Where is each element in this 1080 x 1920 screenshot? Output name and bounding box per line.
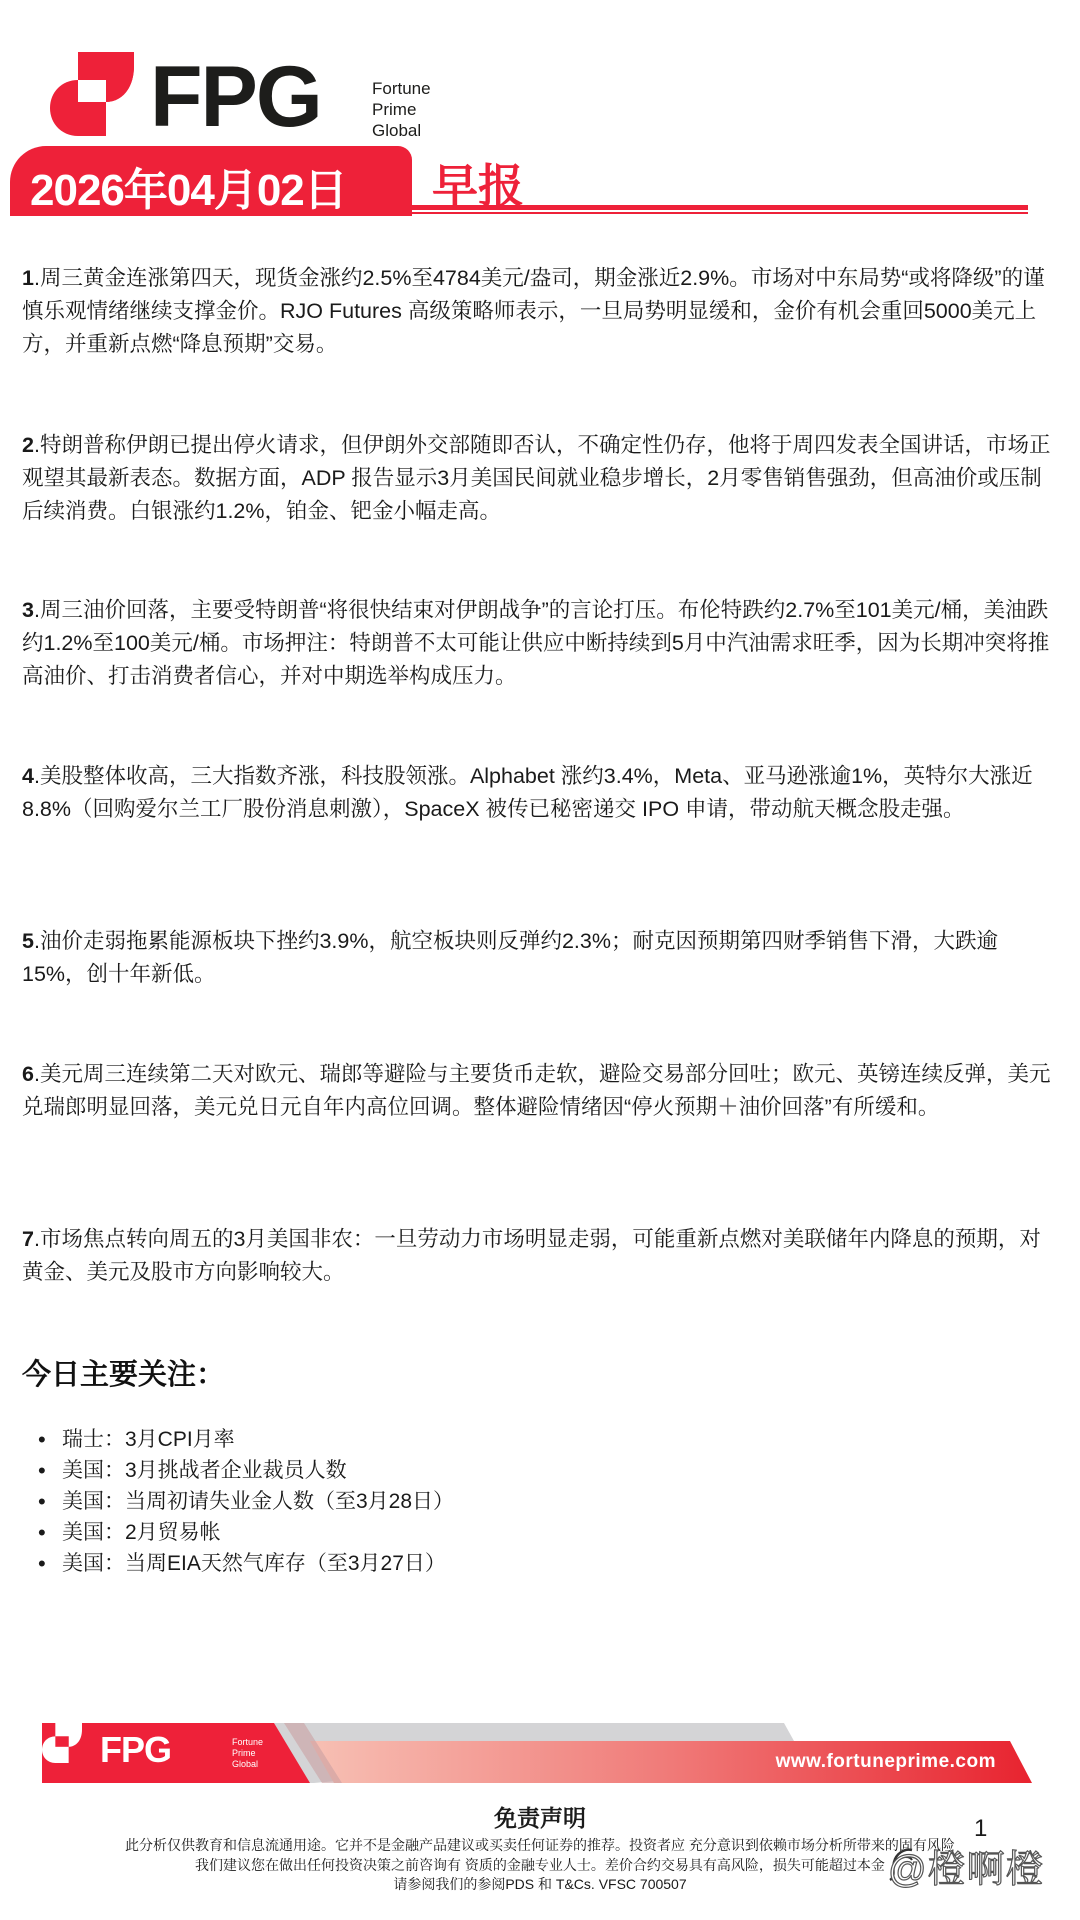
brand-logo: FPG Fortune Prime Global	[50, 52, 450, 136]
item-text: .市场焦点转向周五的3月美国非农：一旦劳动力市场明显走弱，可能重新点燃对美联储年…	[22, 1227, 1041, 1284]
watermark: @橙啊橙	[888, 1838, 1045, 1893]
news-item: 5.油价走弱拖累能源板块下挫约3.9%，航空板块则反弹约2.3%；耐克因预期第四…	[22, 925, 1058, 991]
banner-brand-name: FPG	[100, 1729, 171, 1771]
brand-subtitle-line: Fortune	[372, 78, 431, 99]
fpg-logo-mark-icon	[50, 52, 134, 136]
footer-banner: FPG Fortune Prime Global www.fortuneprim…	[42, 1723, 1032, 1783]
disclaimer-title: 免责声明	[0, 1800, 1080, 1833]
news-item: 7.市场焦点转向周五的3月美国非农：一旦劳动力市场明显走弱，可能重新点燃对美联储…	[22, 1223, 1058, 1289]
item-number: 3	[22, 598, 34, 622]
brand-subtitle-line: Global	[232, 1759, 263, 1770]
focus-item: 美国：当周初请失业金人数（至3月28日）	[34, 1486, 454, 1517]
date-banner: 2026年04月02日	[10, 146, 412, 216]
news-item: 2.特朗普称伊朗已提出停火请求，但伊朗外交部随即否认，不确定性仍存，他将于周四发…	[22, 429, 1058, 528]
focus-item: 美国：当周EIA天然气库存（至3月27日）	[34, 1548, 454, 1579]
brand-subtitle-line: Fortune	[232, 1737, 263, 1748]
focus-heading: 今日主要关注：	[22, 1352, 225, 1393]
item-text: .周三油价回落，主要受特朗普“将很快结束对伊朗战争”的言论打压。布伦特跌约2.7…	[22, 598, 1049, 688]
banner-brand-subtitle: Fortune Prime Global	[232, 1737, 263, 1770]
item-number: 6	[22, 1062, 34, 1086]
report-date: 2026年04月02日	[30, 154, 347, 218]
item-text: .美股整体收高，三大指数齐涨，科技股领涨。Alphabet 涨约3.4%，Met…	[22, 764, 1033, 821]
news-item: 4.美股整体收高，三大指数齐涨，科技股领涨。Alphabet 涨约3.4%，Me…	[22, 760, 1058, 826]
item-text: .美元周三连续第二天对欧元、瑞郎等避险与主要货币走软，避险交易部分回吐；欧元、英…	[22, 1062, 1050, 1119]
focus-list: 瑞士：3月CPI月率 美国：3月挑战者企业裁员人数 美国：当周初请失业金人数（至…	[34, 1424, 454, 1579]
item-text: .周三黄金连涨第四天，现货金涨约2.5%至4784美元/盎司，期金涨近2.9%。…	[22, 266, 1045, 356]
brand-subtitle-line: Prime	[232, 1748, 263, 1759]
brand-subtitle-line: Global	[372, 120, 431, 141]
item-number: 5	[22, 929, 34, 953]
item-number: 1	[22, 266, 34, 290]
header-divider	[395, 205, 1028, 210]
brand-subtitle-line: Prime	[372, 99, 431, 120]
website-link[interactable]: www.fortuneprime.com	[776, 1751, 996, 1773]
item-text: .特朗普称伊朗已提出停火请求，但伊朗外交部随即否认，不确定性仍存，他将于周四发表…	[22, 433, 1050, 523]
fpg-logo-mark-icon	[42, 1723, 82, 1763]
item-number: 4	[22, 764, 34, 788]
focus-item: 美国：3月挑战者企业裁员人数	[34, 1455, 454, 1486]
item-number: 2	[22, 433, 34, 457]
news-item: 3.周三油价回落，主要受特朗普“将很快结束对伊朗战争”的言论打压。布伦特跌约2.…	[22, 594, 1058, 693]
item-number: 7	[22, 1227, 34, 1251]
news-item: 1.周三黄金连涨第四天，现货金涨约2.5%至4784美元/盎司，期金涨近2.9%…	[22, 262, 1058, 361]
item-text: .油价走弱拖累能源板块下挫约3.9%，航空板块则反弹约2.3%；耐克因预期第四财…	[22, 929, 998, 986]
focus-item: 瑞士：3月CPI月率	[34, 1424, 454, 1455]
brand-name: FPG	[150, 58, 321, 136]
brand-subtitle: Fortune Prime Global	[372, 78, 431, 141]
header-divider-thin	[395, 212, 1028, 214]
news-item: 6.美元周三连续第二天对欧元、瑞郎等避险与主要货币走软，避险交易部分回吐；欧元、…	[22, 1058, 1058, 1124]
focus-item: 美国：2月贸易帐	[34, 1517, 454, 1548]
